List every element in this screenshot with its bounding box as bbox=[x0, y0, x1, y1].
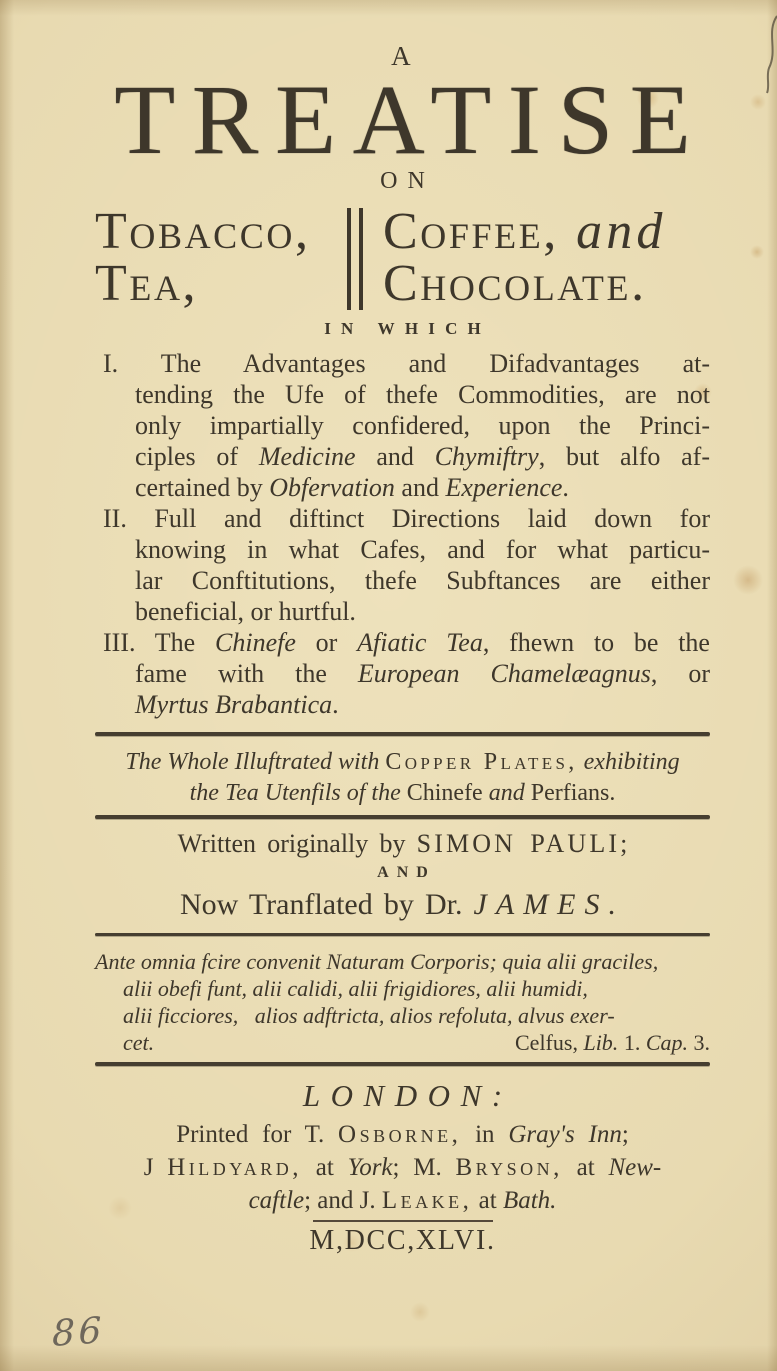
text-line: the Tea Utenfils of the Chinefe and Perf… bbox=[95, 778, 710, 809]
imprint-lines: Printed for T. Osborne, in Gray's Inn; J… bbox=[95, 1118, 710, 1217]
imprint-city: LONDON: bbox=[95, 1076, 710, 1116]
text-line: beneficial, or hurtful. bbox=[95, 596, 710, 627]
text-line: lar Conftitutions, thefe Subftances are … bbox=[95, 565, 710, 596]
epigraph: Ante omnia fcire convenit Naturam Corpor… bbox=[95, 948, 710, 1056]
copper-plates-note: The Whole Illuftrated with Copper Plates… bbox=[95, 747, 710, 809]
text-line: ciples of Medicine and Chymiftry, but al… bbox=[95, 441, 710, 472]
citation: Celfus, Lib. 1. Cap. 3. bbox=[515, 1029, 710, 1056]
handwritten-number: 86 bbox=[52, 1310, 105, 1355]
contents-heading: IN WHICH bbox=[95, 318, 710, 340]
text-line: J Hildyard, at York; M. Bryson, at New- bbox=[95, 1151, 710, 1184]
contents-item-2: II. Full and diftinct Directions laid do… bbox=[95, 503, 710, 627]
text-block: A TREATISE ON Tobacco, Tea, Coffee, and … bbox=[95, 40, 710, 1259]
subject-chocolate: Chocolate. bbox=[383, 258, 710, 310]
text-line: only impartially confidered, upon the Pr… bbox=[95, 410, 710, 441]
text-line: Myrtus Brabantica. bbox=[95, 689, 710, 720]
contents-list: I. The Advantages and Difadvantages at- … bbox=[95, 348, 710, 720]
text-line: Printed for T. Osborne, in Gray's Inn; bbox=[95, 1118, 710, 1151]
subject-tea: Tea, bbox=[95, 258, 347, 310]
subjects-right-column: Coffee, and Chocolate. bbox=[367, 206, 710, 310]
text-line: alii obefi funt, alii calidi, alii frigi… bbox=[95, 975, 710, 1002]
contents-item-1: I. The Advantages and Difadvantages at- … bbox=[95, 348, 710, 503]
text-line: cet. bbox=[123, 1029, 154, 1056]
text-line: II. Full and diftinct Directions laid do… bbox=[95, 503, 710, 534]
subjects-columns: Tobacco, Tea, Coffee, and Chocolate. bbox=[95, 206, 710, 310]
subjects-left-column: Tobacco, Tea, bbox=[95, 206, 347, 310]
horizontal-rule bbox=[95, 933, 710, 936]
text-line: The Whole Illuftrated with Copper Plates… bbox=[95, 747, 710, 778]
column-divider-rule bbox=[347, 208, 363, 310]
horizontal-rule bbox=[95, 815, 710, 819]
publication-date: M,DCC,XLVI. bbox=[95, 1223, 710, 1259]
subject-tobacco: Tobacco, bbox=[95, 206, 347, 258]
text-line: alii ficciores, alios adftricta, alios r… bbox=[95, 1002, 710, 1029]
and-line: AND bbox=[95, 863, 710, 883]
text-line: Ante omnia fcire convenit Naturam Corpor… bbox=[95, 948, 710, 975]
text-line: III. The Chinefe or Afiatic Tea, fhewn t… bbox=[95, 627, 710, 658]
epigraph-last-line: cet. Celfus, Lib. 1. Cap. 3. bbox=[95, 1029, 710, 1056]
short-rule bbox=[313, 1220, 493, 1222]
title-page: A TREATISE ON Tobacco, Tea, Coffee, and … bbox=[0, 0, 777, 1371]
imprint-block: LONDON: Printed for T. Osborne, in Gray'… bbox=[95, 1076, 710, 1259]
page-crease-mark bbox=[762, 14, 777, 94]
author-line: Written originally by SIMON PAULI; bbox=[95, 827, 710, 861]
text-line: caftle; and J. Leake, at Bath. bbox=[95, 1184, 710, 1217]
text-line: certained by Obfervation and Experience. bbox=[95, 472, 710, 503]
text-line: fame with the European Chamelæagnus, or bbox=[95, 658, 710, 689]
byline-block: Written originally by SIMON PAULI; AND N… bbox=[95, 827, 710, 925]
main-title: TREATISE bbox=[95, 76, 710, 164]
horizontal-rule bbox=[95, 732, 710, 736]
text-line: I. The Advantages and Difadvantages at- bbox=[95, 348, 710, 379]
text-line: knowing in what Cafes, and for what part… bbox=[95, 534, 710, 565]
subject-coffee: Coffee, and bbox=[383, 206, 710, 258]
contents-item-3: III. The Chinefe or Afiatic Tea, fhewn t… bbox=[95, 627, 710, 720]
translator-line: Now Tranflated by Dr. JAMES. bbox=[95, 885, 710, 925]
text-line: tending the Ufe of thefe Commodities, ar… bbox=[95, 379, 710, 410]
horizontal-rule bbox=[95, 1062, 710, 1066]
